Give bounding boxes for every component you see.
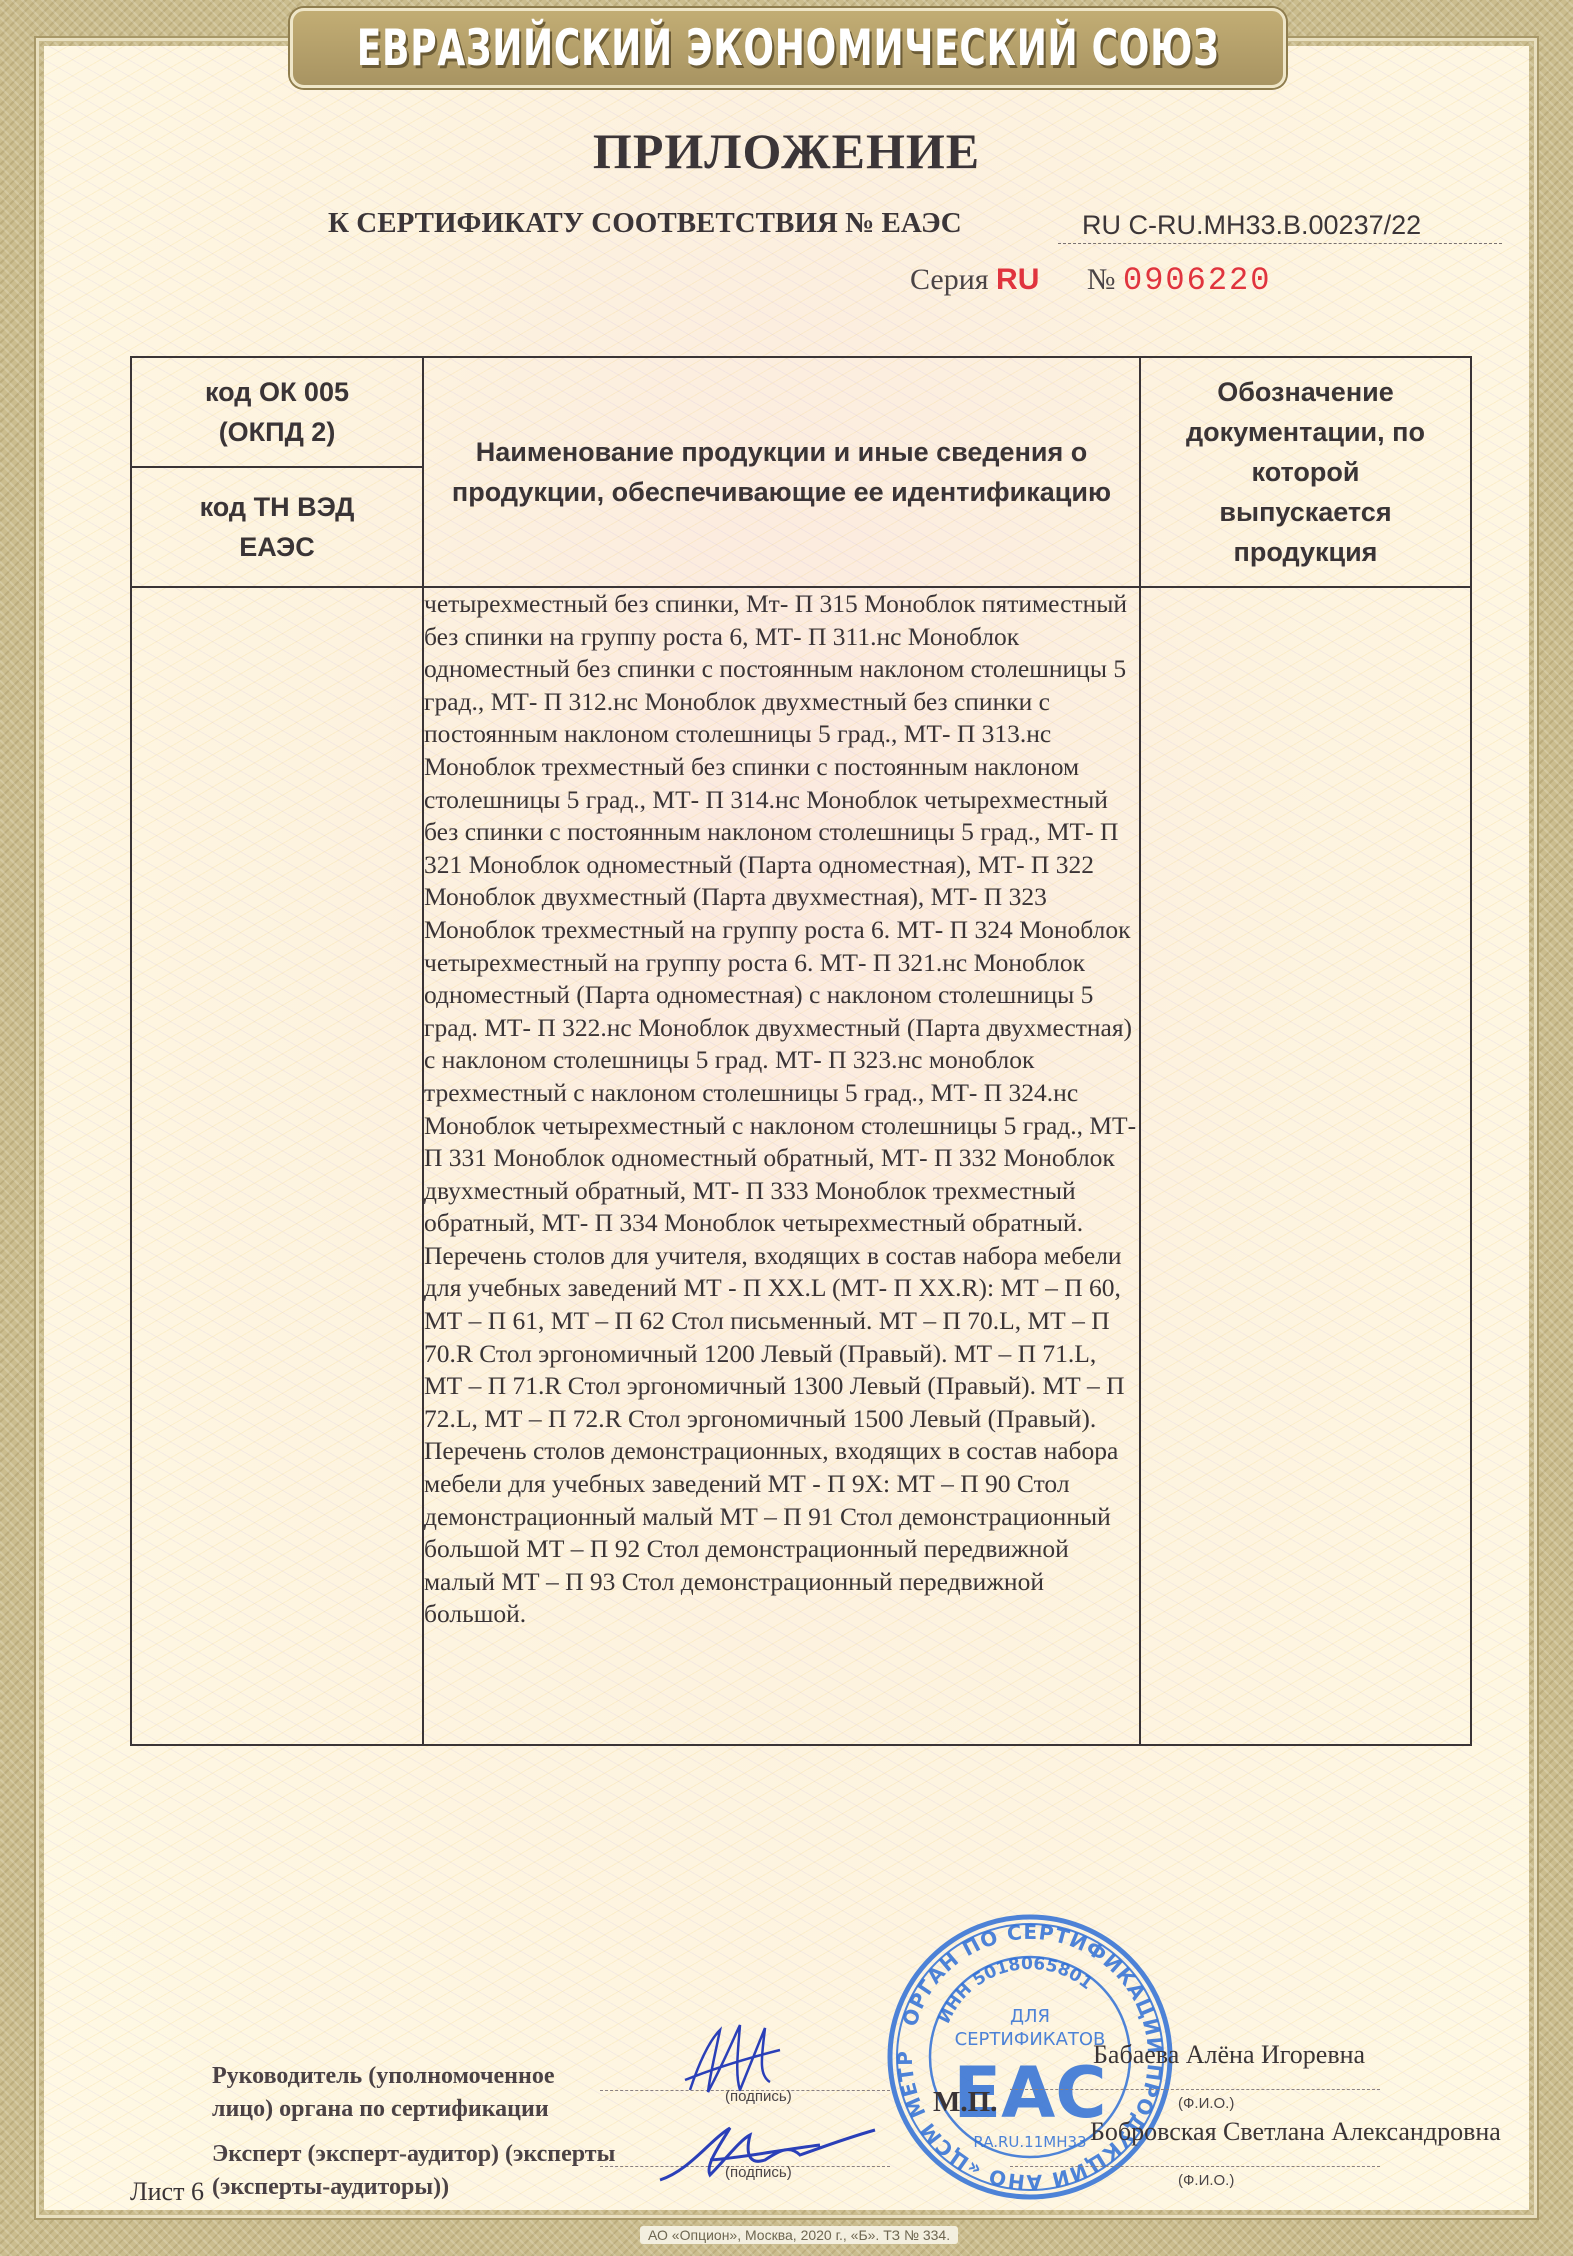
stamp-center-top: ДЛЯ <box>1010 2006 1050 2027</box>
head-signature-caption: (подпись) <box>725 2088 792 2105</box>
certificate-label: К СЕРТИФИКАТУ СООТВЕТСТВИЯ № ЕАЭС <box>328 207 962 240</box>
header-okpd-text: код ОК 005 (ОКПД 2) <box>205 377 349 447</box>
header-documentation-text: Обозначение документации, по которой вып… <box>1186 377 1425 567</box>
number-label: № <box>1087 263 1116 296</box>
header-product-name-text: Наименование продукции и иные сведения о… <box>452 437 1111 507</box>
product-table: код ОК 005 (ОКПД 2) Наименование продукц… <box>130 356 1472 1746</box>
cell-documentation <box>1140 587 1471 1745</box>
head-name: Бабаева Алёна Игоревна <box>1093 2040 1365 2070</box>
header-tnved: код ТН ВЭД ЕАЭС <box>131 467 423 587</box>
head-label: Руководитель (уполномоченное лицо) орган… <box>212 2060 612 2126</box>
stamp-accreditation: RA.RU.11МН33 <box>973 2133 1086 2151</box>
head-name-line <box>1010 2089 1380 2090</box>
head-name-caption: (Ф.И.О.) <box>1178 2095 1234 2112</box>
series-value: RU <box>996 263 1039 296</box>
page-title: ПРИЛОЖЕНИЕ <box>0 122 1573 180</box>
form-number: 0906220 <box>1123 262 1271 299</box>
expert-signature-caption: (подпись) <box>725 2164 792 2181</box>
sheet-number: Лист 6 <box>130 2177 204 2207</box>
series-label: Серия <box>910 263 989 296</box>
series-block: Серия RU № 0906220 <box>910 262 1271 299</box>
expert-name-caption: (Ф.И.О.) <box>1178 2172 1234 2189</box>
seal-label: М.П. <box>933 2086 997 2119</box>
cell-description: четырехместный без спинки, Мт- П 315 Мон… <box>423 587 1140 1745</box>
stamp-center-mid: СЕРТИФИКАТОВ <box>955 2029 1106 2050</box>
header-product-name: Наименование продукции и иные сведения о… <box>423 357 1140 587</box>
certificate-number: RU C-RU.МН33.В.00237/22 <box>1058 210 1502 244</box>
header-documentation: Обозначение документации, по которой вып… <box>1140 357 1471 587</box>
banner-text: ЕВРАЗИЙСКИЙ ЭКОНОМИЧЕСКИЙ СОЮЗ <box>357 19 1220 77</box>
header-okpd: код ОК 005 (ОКПД 2) <box>131 357 423 467</box>
union-banner: ЕВРАЗИЙСКИЙ ЭКОНОМИЧЕСКИЙ СОЮЗ <box>290 8 1286 88</box>
table-row: четырехместный без спинки, Мт- П 315 Мон… <box>131 587 1471 1745</box>
expert-name: Бобровская Светлана Александровна <box>1090 2117 1501 2147</box>
expert-label: Эксперт (эксперт-аудитор) (эксперты (экс… <box>212 2138 632 2204</box>
printer-imprint: АО «Опцион», Москва, 2020 г., «Б». ТЗ № … <box>640 2226 958 2244</box>
expert-name-line <box>1010 2166 1380 2167</box>
header-tnved-text: код ТН ВЭД ЕАЭС <box>200 492 355 562</box>
cell-code <box>131 587 423 1745</box>
